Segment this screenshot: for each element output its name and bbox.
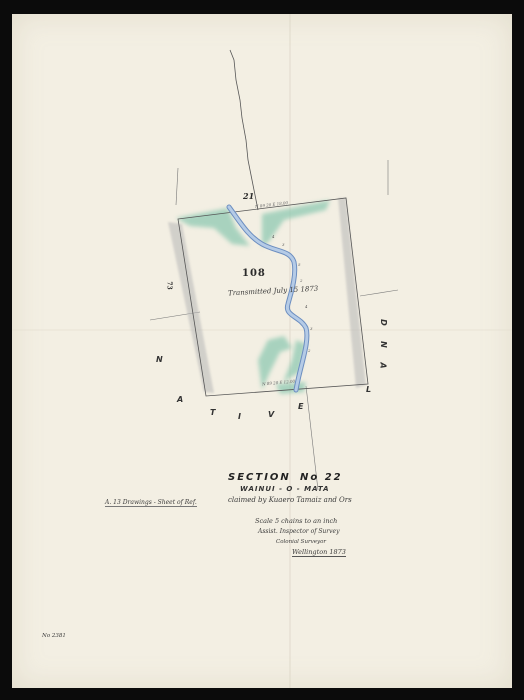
signature-line-3: Wellington 1873	[292, 548, 346, 557]
section-number: No 22	[300, 472, 343, 483]
svg-text:3: 3	[282, 242, 285, 247]
claimant-note: claimed by Kuaero Tamaiz and Ors	[228, 496, 352, 504]
signature-line-2: Colonial Surveyor	[276, 539, 326, 545]
native-letter-n: N	[156, 355, 163, 364]
native-letter-v: V	[268, 410, 274, 419]
adjacent-section-21: 21	[243, 191, 254, 201]
native-letter-e: E	[298, 402, 303, 411]
native-letter-a2: A	[379, 362, 388, 368]
svg-text:2: 2	[299, 278, 303, 283]
lot-number: 108	[242, 268, 266, 279]
district-name: WAINUI - O - MATA	[240, 485, 330, 493]
native-letter-l: L	[366, 385, 371, 394]
native-letter-a: A	[177, 395, 183, 404]
scale-note: Scale 5 chains to an inch	[255, 517, 337, 525]
native-letter-t: T	[210, 408, 215, 417]
native-letter-d: D	[379, 319, 388, 326]
native-letter-n2: N	[379, 341, 388, 348]
paper-creases	[12, 14, 512, 688]
plan-reference: A. 13 Drawings - Sheet of Ref.	[105, 499, 197, 507]
section-title: SECTION	[228, 472, 291, 483]
survey-map-drawing: 435 243 2	[0, 0, 524, 700]
adjacent-section-73: 73	[166, 281, 173, 289]
svg-text:2: 2	[307, 348, 311, 353]
signature-line-1: Assist. Inspector of Survey	[258, 528, 340, 535]
svg-text:4: 4	[304, 304, 308, 309]
native-letter-i: I	[238, 412, 241, 421]
svg-text:5: 5	[298, 262, 301, 267]
catalogue-number: No 2381	[42, 633, 66, 639]
svg-text:4: 4	[271, 234, 275, 239]
